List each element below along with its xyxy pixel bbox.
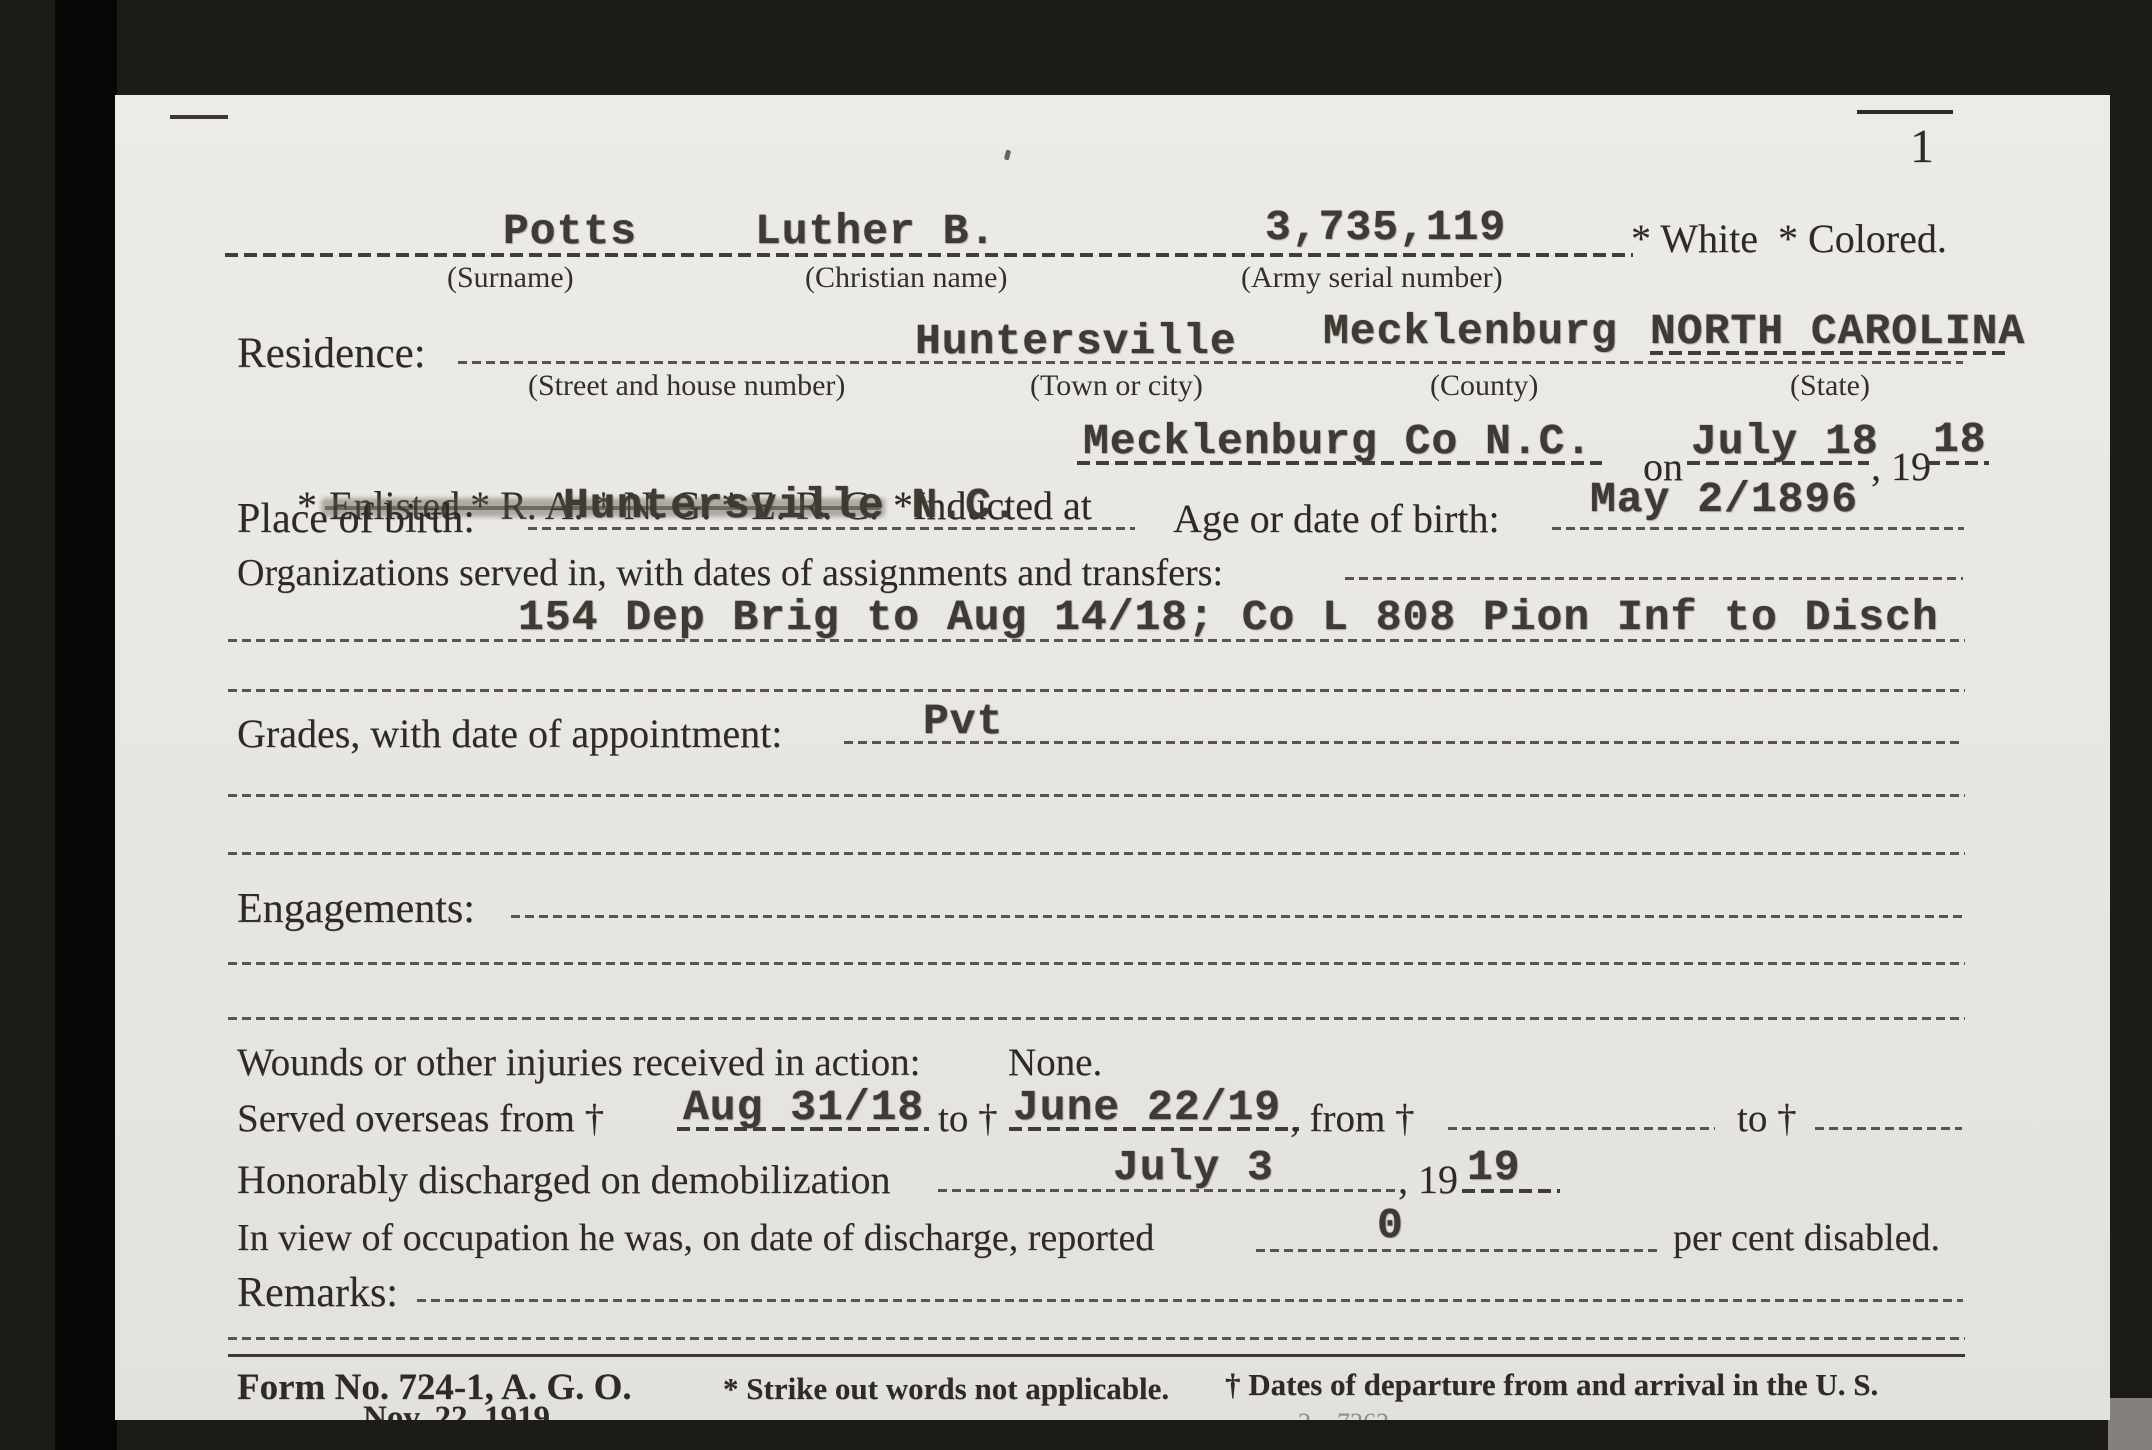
- dotted-line: [511, 915, 1963, 918]
- overseas-to-label: to †: [938, 1096, 998, 1141]
- organizations-label: Organizations served in, with dates of a…: [237, 551, 1223, 595]
- christian-name-value: Luther B.: [755, 207, 996, 256]
- dotted-line: [228, 962, 1965, 965]
- bottom-right-patch: [2108, 1398, 2152, 1450]
- residence-county-value: Mecklenburg: [1323, 307, 1618, 356]
- print-code: 2—7262: [1298, 1408, 1389, 1420]
- county-label: (County): [1430, 369, 1538, 403]
- wounds-value: None.: [1008, 1040, 1102, 1085]
- ink-speck: [1004, 150, 1011, 161]
- typed-underline: [1927, 461, 1989, 465]
- residence-state-value: NORTH CAROLINA: [1650, 307, 2025, 356]
- disability-suffix: per cent disabled.: [1673, 1216, 1940, 1260]
- year-printed-prefix: , 19: [1871, 443, 1931, 490]
- typed-underline: [1077, 461, 1602, 465]
- overseas-to2-label: to †: [1737, 1096, 1797, 1141]
- typed-underline: [1687, 461, 1869, 465]
- dotted-line: [228, 689, 1965, 692]
- grades-label: Grades, with date of appointment:: [237, 710, 782, 757]
- record-card: 1 Potts Luther B. 3,735,119 * White * Co…: [115, 95, 2110, 1420]
- dotted-line: [228, 1017, 1965, 1020]
- wounds-label: Wounds or other injuries received in act…: [237, 1040, 921, 1085]
- town-label: (Town or city): [1030, 369, 1203, 403]
- residence-label: Residence:: [237, 329, 426, 378]
- serial-number-label: (Army serial number): [1241, 261, 1503, 295]
- disability-value: 0: [1377, 1201, 1404, 1250]
- engagements-label: Engagements:: [237, 885, 475, 933]
- discharge-year-value: 19: [1467, 1143, 1521, 1192]
- footer-rule: [228, 1354, 1965, 1357]
- footnote-strike: * Strike out words not applicable.: [723, 1371, 1169, 1407]
- birth-date-value: May 2/1896: [1590, 475, 1858, 524]
- disability-label: In view of occupation he was, on date of…: [237, 1216, 1154, 1260]
- scanned-service-record: 1 Potts Luther B. 3,735,119 * White * Co…: [0, 0, 2152, 1450]
- dotted-line: [228, 794, 1965, 797]
- race-options: * White * Colored.: [1631, 215, 1947, 262]
- overseas-from2-label: , from †: [1290, 1096, 1415, 1141]
- overseas-from-value: Aug 31/18: [683, 1083, 924, 1132]
- street-label: (Street and house number): [528, 369, 845, 403]
- discharge-label: Honorably discharged on demobilization: [237, 1156, 891, 1203]
- overseas-to-value: June 22/19: [1013, 1083, 1281, 1132]
- typed-underline: [1462, 1189, 1560, 1193]
- induction-date-value: July 18: [1691, 417, 1879, 466]
- typed-underline: [677, 1127, 929, 1131]
- organizations-value: 154 Dep Brig to Aug 14/18; Co L 808 Pion…: [518, 593, 1939, 642]
- state-label: (State): [1790, 369, 1870, 403]
- dotted-line: [844, 741, 1963, 744]
- page-number-rule: [1857, 110, 1953, 114]
- dotted-line: [1448, 1127, 1715, 1130]
- serial-number-value: 3,735,119: [1265, 203, 1506, 252]
- surname-value: Potts: [503, 207, 637, 256]
- grades-value: Pvt: [923, 697, 1003, 746]
- discharge-year-prefix: , 19: [1398, 1156, 1458, 1203]
- birth-place-value: Huntersville N.C.: [563, 481, 1019, 530]
- birth-age-label: Age or date of birth:: [1173, 495, 1500, 542]
- dotted-line: [417, 1299, 1963, 1302]
- left-scan-strip: [55, 0, 117, 1450]
- dotted-line: [228, 639, 1965, 642]
- residence-town-value: Huntersville: [915, 317, 1237, 366]
- dotted-line: [1552, 527, 1964, 530]
- form-date: Nov. 22, 1919.: [363, 1400, 558, 1420]
- top-left-mark: [170, 115, 228, 119]
- christian-name-label: (Christian name): [805, 261, 1007, 295]
- dotted-line: [228, 1337, 1965, 1340]
- typed-underline: [1009, 1127, 1299, 1131]
- surname-label: (Surname): [447, 261, 574, 295]
- overseas-from-label: Served overseas from †: [237, 1096, 604, 1141]
- dotted-line: [225, 253, 1633, 257]
- remarks-label: Remarks:: [237, 1269, 398, 1317]
- page-number: 1: [1910, 119, 1934, 174]
- dotted-line: [228, 852, 1965, 855]
- dotted-line: [1256, 1249, 1660, 1252]
- discharge-date-value: July 3: [1113, 1143, 1274, 1192]
- induction-place-value: Mecklenburg Co N.C.: [1083, 417, 1592, 466]
- induction-year-value: 18: [1933, 415, 1987, 464]
- footnote-dates: † Dates of departure from and arrival in…: [1225, 1367, 1878, 1403]
- birth-place-label: Place of birth:: [237, 495, 475, 543]
- dotted-line: [1815, 1127, 1962, 1130]
- typed-underline: [1650, 351, 2010, 355]
- dotted-line: [1345, 577, 1963, 580]
